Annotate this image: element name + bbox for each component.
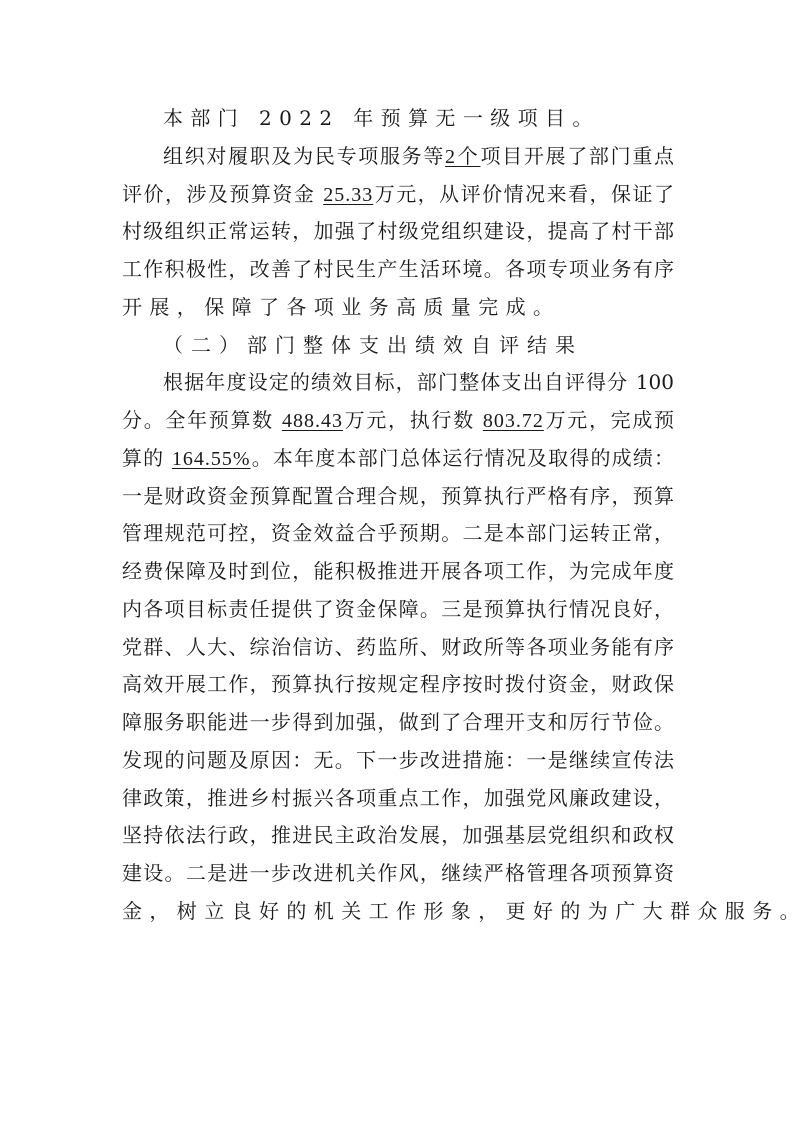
text: 一是财政资金预算配置合理合规，预算执行严格有序，预算 xyxy=(122,484,674,508)
annual-budget-underlined: 488.43 xyxy=(282,410,343,432)
text: 内各项目标责任提供了资金保障。三是预算执行情况良好， xyxy=(122,597,674,621)
paragraph-self-eval-line-15: 金，树立良好的机关工作形象，更好的为广大群众服务。 xyxy=(122,893,674,931)
text: 工作积极性，改善了村民生产生活环境。各项专项业务有序 xyxy=(122,257,674,281)
paragraph-key-evaluation-line-2: 评价，涉及预算资金 25.33万元，从评价情况来看，保证了 xyxy=(122,176,674,214)
text: 。本年度本部门总体运行情况及取得的成绩： xyxy=(251,446,674,470)
paragraph-self-eval-line-3: 算的 164.55%。本年度本部门总体运行情况及取得的成绩： xyxy=(122,440,674,478)
text: 经费保障及时到位，能积极推进开展各项工作，为完成年度 xyxy=(122,559,674,583)
paragraph-key-evaluation-line-4: 工作积极性，改善了村民生产生活环境。各项专项业务有序 xyxy=(122,251,674,289)
paragraph-self-eval-line-7: 内各项目标责任提供了资金保障。三是预算执行情况良好， xyxy=(122,591,674,629)
paragraph-self-eval-line-11: 发现的问题及原因：无。下一步改进措施：一是继续宣传法 xyxy=(122,742,674,780)
text: 本部门 2022 年预算无一级项目。 xyxy=(163,106,600,130)
text: 万元，从评价情况来看，保证了 xyxy=(373,182,674,206)
completion-rate-underlined: 164.55% xyxy=(172,448,251,470)
paragraph-self-eval-line-8: 党群、人大、综治信访、药监所、财政所等各项业务能有序 xyxy=(122,629,674,667)
text: 坚持依法行政，推进民主政治发展，加强基层党组织和政权 xyxy=(122,823,674,847)
paragraph-no-level1-projects: 本部门 2022 年预算无一级项目。 xyxy=(122,100,674,138)
text: 建设。二是进一步改进机关作风，继续严格管理各项预算资 xyxy=(122,861,674,885)
document-page: 本部门 2022 年预算无一级项目。 组织对履职及为民专项服务等2个项目开展了部… xyxy=(122,100,674,931)
paragraph-self-eval-line-5: 管理规范可控，资金效益合乎预期。二是本部门运转正常， xyxy=(122,515,674,553)
text: 分。全年预算数 xyxy=(122,408,274,432)
text: 项目开展了部门重点 xyxy=(480,144,674,168)
evaluated-budget-underlined: 25.33 xyxy=(323,184,373,206)
paragraph-self-eval-line-2: 分。全年预算数 488.43万元，执行数 803.72万元，完成预 xyxy=(122,402,674,440)
text: 管理规范可控，资金效益合乎预期。二是本部门运转正常， xyxy=(122,521,674,545)
text: 组织对履职及为民专项服务等 xyxy=(163,144,445,168)
paragraph-key-evaluation-line-5: 开展，保障了各项业务高质量完成。 xyxy=(122,289,674,327)
heading-text: （二）部门整体支出绩效自评结果 xyxy=(163,333,583,357)
paragraph-self-eval-line-10: 障服务职能进一步得到加强，做到了合理开支和厉行节俭。 xyxy=(122,704,674,742)
text: 障服务职能进一步得到加强，做到了合理开支和厉行节俭。 xyxy=(122,710,674,734)
text: 算的 xyxy=(122,446,164,470)
executed-amount-underlined: 803.72 xyxy=(483,410,544,432)
text: 金，树立良好的机关工作形象，更好的为广大群众服务。 xyxy=(122,899,793,923)
text: 党群、人大、综治信访、药监所、财政所等各项业务能有序 xyxy=(122,635,674,659)
text: 根据年度设定的绩效目标，部门整体支出自评得分 100 xyxy=(163,370,674,394)
text: 评价，涉及预算资金 xyxy=(122,182,315,206)
section-heading: （二）部门整体支出绩效自评结果 xyxy=(122,327,674,365)
paragraph-self-eval-line-12: 律政策，推进乡村振兴各项重点工作，加强党风廉政建设， xyxy=(122,780,674,818)
text: 万元，执行数 xyxy=(343,408,475,432)
paragraph-self-eval-line-13: 坚持依法行政，推进民主政治发展，加强基层党组织和政权 xyxy=(122,817,674,855)
paragraph-self-eval-line-1: 根据年度设定的绩效目标，部门整体支出自评得分 100 xyxy=(122,364,674,402)
text: 开展，保障了各项业务高质量完成。 xyxy=(122,295,560,319)
text: 发现的问题及原因：无。下一步改进措施：一是继续宣传法 xyxy=(122,748,674,772)
paragraph-key-evaluation-line-1: 组织对履职及为民专项服务等2个项目开展了部门重点 xyxy=(122,138,674,176)
text: 万元，完成预 xyxy=(544,408,674,432)
paragraph-key-evaluation-line-3: 村级组织正常运转，加强了村级党组织建设，提高了村干部 xyxy=(122,213,674,251)
paragraph-self-eval-line-4: 一是财政资金预算配置合理合规，预算执行严格有序，预算 xyxy=(122,478,674,516)
paragraph-self-eval-line-9: 高效开展工作，预算执行按规定程序按时拨付资金，财政保 xyxy=(122,666,674,704)
project-count-underlined: 2个 xyxy=(445,146,480,168)
text: 律政策，推进乡村振兴各项重点工作，加强党风廉政建设， xyxy=(122,786,674,810)
text: 村级组织正常运转，加强了村级党组织建设，提高了村干部 xyxy=(122,219,674,243)
paragraph-self-eval-line-14: 建设。二是进一步改进机关作风，继续严格管理各项预算资 xyxy=(122,855,674,893)
paragraph-self-eval-line-6: 经费保障及时到位，能积极推进开展各项工作，为完成年度 xyxy=(122,553,674,591)
text: 高效开展工作，预算执行按规定程序按时拨付资金，财政保 xyxy=(122,672,674,696)
